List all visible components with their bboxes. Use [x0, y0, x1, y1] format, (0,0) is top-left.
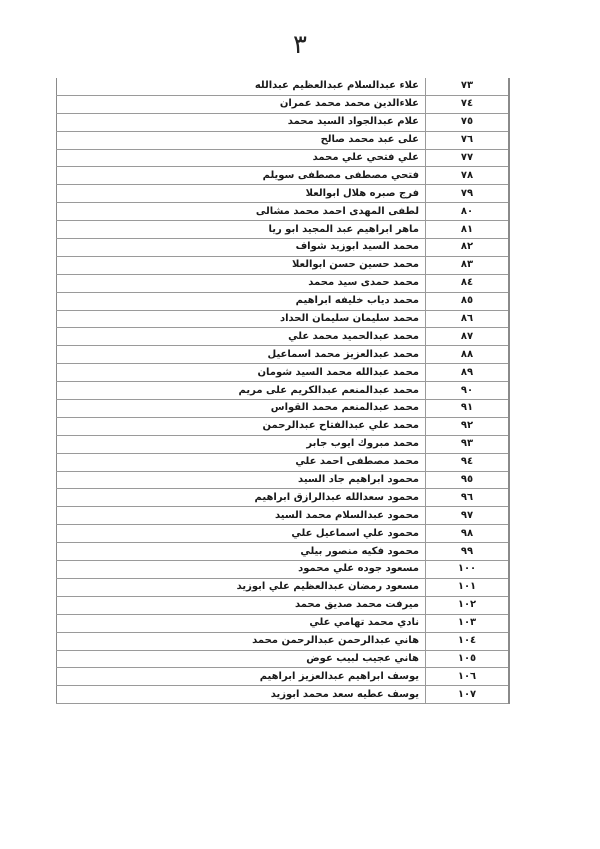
person-name-cell: هاني عبدالرحمن عبدالرحمن محمد — [57, 632, 426, 650]
table-row: محمد السيد ابوزيد شواف٨٢ — [57, 239, 510, 257]
table-row: ماهر ابراهيم عبد المجيد ابو ريا٨١ — [57, 221, 510, 239]
serial-number-cell: ٨٢ — [426, 239, 510, 257]
person-name-cell: محمد علي عبدالفتاح عبدالرحمن — [57, 417, 426, 435]
person-name-cell: محمد حمدى سيد محمد — [57, 274, 426, 292]
person-name-cell: محمد عبدالله محمد السيد شومان — [57, 364, 426, 382]
person-name-cell: محمد السيد ابوزيد شواف — [57, 239, 426, 257]
person-name-cell: علاءالدين محمد محمد عمران — [57, 95, 426, 113]
table-row: هاني عبدالرحمن عبدالرحمن محمد١٠٤ — [57, 632, 510, 650]
person-name-cell: ميرفت محمد صديق محمد — [57, 596, 426, 614]
serial-number-cell: ١٠٢ — [426, 596, 510, 614]
serial-number-cell: ٩٨ — [426, 525, 510, 543]
person-name-cell: فرج صبره هلال ابوالعلا — [57, 185, 426, 203]
serial-number-cell: ٨٠ — [426, 203, 510, 221]
serial-number-cell: ٨٧ — [426, 328, 510, 346]
serial-number-cell: ١٠١ — [426, 578, 510, 596]
person-name-cell: محمود سعدالله عبدالرازق ابراهيم — [57, 489, 426, 507]
table-row: علام عبدالجواد السيد محمد٧٥ — [57, 113, 510, 131]
serial-number-cell: ٨٣ — [426, 256, 510, 274]
serial-number-cell: ٩٢ — [426, 417, 510, 435]
serial-number-cell: ٧٧ — [426, 149, 510, 167]
person-name-cell: على عبد محمد صالح — [57, 131, 426, 149]
names-table: علاء عبدالسلام عبدالعظيم عبدالله٧٣علاءال… — [56, 78, 510, 704]
serial-number-cell: ٧٩ — [426, 185, 510, 203]
table-row: نادي محمد تهامي علي١٠٣ — [57, 614, 510, 632]
person-name-cell: ماهر ابراهيم عبد المجيد ابو ريا — [57, 221, 426, 239]
table-row: محمد مبروك ايوب جابر٩٣ — [57, 435, 510, 453]
person-name-cell: محمد مبروك ايوب جابر — [57, 435, 426, 453]
table-row: على عبد محمد صالح٧٦ — [57, 131, 510, 149]
serial-number-cell: ٨٤ — [426, 274, 510, 292]
table-row: هاني عجيب لبيب عوض١٠٥ — [57, 650, 510, 668]
serial-number-cell: ١٠٤ — [426, 632, 510, 650]
table-row: فرج صبره هلال ابوالعلا٧٩ — [57, 185, 510, 203]
table-row: مسعود جوده علي محمود١٠٠ — [57, 561, 510, 579]
table-row: محمود عبدالسلام محمد السيد٩٧ — [57, 507, 510, 525]
person-name-cell: محمود علي اسماعيل علي — [57, 525, 426, 543]
table-row: محمد عبدالحميد محمد علي٨٧ — [57, 328, 510, 346]
serial-number-cell: ٧٣ — [426, 78, 510, 95]
table-row: محمود ابراهيم جاد السيد٩٥ — [57, 471, 510, 489]
person-name-cell: محمد عبدالحميد محمد علي — [57, 328, 426, 346]
serial-number-cell: ٩٥ — [426, 471, 510, 489]
page-number: ٣ — [0, 30, 600, 60]
person-name-cell: لطفى المهدى احمد محمد مشالى — [57, 203, 426, 221]
serial-number-cell: ٩٠ — [426, 382, 510, 400]
serial-number-cell: ٩٧ — [426, 507, 510, 525]
table-row: محمود سعدالله عبدالرازق ابراهيم٩٦ — [57, 489, 510, 507]
serial-number-cell: ١٠٧ — [426, 686, 510, 704]
table-row: يوسف عطيه سعد محمد ابوزيد١٠٧ — [57, 686, 510, 704]
table-row: علي فتحي علي محمد٧٧ — [57, 149, 510, 167]
table-row: ميرفت محمد صديق محمد١٠٢ — [57, 596, 510, 614]
table-row: محمد علي عبدالفتاح عبدالرحمن٩٢ — [57, 417, 510, 435]
person-name-cell: محمد حسين حسن ابوالعلا — [57, 256, 426, 274]
person-name-cell: مسعود رمضان عبدالعظيم علي ابوزيد — [57, 578, 426, 596]
serial-number-cell: ١٠٦ — [426, 668, 510, 686]
person-name-cell: هاني عجيب لبيب عوض — [57, 650, 426, 668]
serial-number-cell: ٩٩ — [426, 543, 510, 561]
person-name-cell: نادي محمد تهامي علي — [57, 614, 426, 632]
serial-number-cell: ٧٤ — [426, 95, 510, 113]
person-name-cell: محمود فكيه منصور بيلي — [57, 543, 426, 561]
serial-number-cell: ٨٨ — [426, 346, 510, 364]
serial-number-cell: ١٠٣ — [426, 614, 510, 632]
table-row: فتحي مصطفى مصطفى سويلم٧٨ — [57, 167, 510, 185]
serial-number-cell: ٩٦ — [426, 489, 510, 507]
person-name-cell: علي فتحي علي محمد — [57, 149, 426, 167]
serial-number-cell: ١٠٥ — [426, 650, 510, 668]
person-name-cell: محمد سليمان سليمان الحداد — [57, 310, 426, 328]
person-name-cell: محمد دياب خليفه ابراهيم — [57, 292, 426, 310]
serial-number-cell: ٩٣ — [426, 435, 510, 453]
table-row: محمد مصطفى احمد علي٩٤ — [57, 453, 510, 471]
table-row: محمد عبدالعزيز محمد اسماعيل٨٨ — [57, 346, 510, 364]
serial-number-cell: ٧٥ — [426, 113, 510, 131]
table-row: يوسف ابراهيم عبدالعزيز ابراهيم١٠٦ — [57, 668, 510, 686]
person-name-cell: مسعود جوده علي محمود — [57, 561, 426, 579]
table-row: محمد عبدالله محمد السيد شومان٨٩ — [57, 364, 510, 382]
serial-number-cell: ٧٦ — [426, 131, 510, 149]
serial-number-cell: ١٠٠ — [426, 561, 510, 579]
table-row: محمود فكيه منصور بيلي٩٩ — [57, 543, 510, 561]
person-name-cell: محمد مصطفى احمد علي — [57, 453, 426, 471]
serial-number-cell: ٧٨ — [426, 167, 510, 185]
table-row: محمد عبدالمنعم عبدالكريم على مريم٩٠ — [57, 382, 510, 400]
person-name-cell: يوسف عطيه سعد محمد ابوزيد — [57, 686, 426, 704]
table-row: علاء عبدالسلام عبدالعظيم عبدالله٧٣ — [57, 78, 510, 95]
table-row: محمد حمدى سيد محمد٨٤ — [57, 274, 510, 292]
person-name-cell: فتحي مصطفى مصطفى سويلم — [57, 167, 426, 185]
table-row: محمود علي اسماعيل علي٩٨ — [57, 525, 510, 543]
serial-number-cell: ٩١ — [426, 400, 510, 418]
table-row: لطفى المهدى احمد محمد مشالى٨٠ — [57, 203, 510, 221]
serial-number-cell: ٨١ — [426, 221, 510, 239]
table-row: محمد عبدالمنعم محمد القواس٩١ — [57, 400, 510, 418]
person-name-cell: محمد عبدالمنعم عبدالكريم على مريم — [57, 382, 426, 400]
serial-number-cell: ٩٤ — [426, 453, 510, 471]
person-name-cell: علاء عبدالسلام عبدالعظيم عبدالله — [57, 78, 426, 95]
table-row: محمد دياب خليفه ابراهيم٨٥ — [57, 292, 510, 310]
table-row: مسعود رمضان عبدالعظيم علي ابوزيد١٠١ — [57, 578, 510, 596]
person-name-cell: يوسف ابراهيم عبدالعزيز ابراهيم — [57, 668, 426, 686]
person-name-cell: محمود عبدالسلام محمد السيد — [57, 507, 426, 525]
serial-number-cell: ٨٩ — [426, 364, 510, 382]
table-row: محمد سليمان سليمان الحداد٨٦ — [57, 310, 510, 328]
person-name-cell: محمد عبدالعزيز محمد اسماعيل — [57, 346, 426, 364]
serial-number-cell: ٨٥ — [426, 292, 510, 310]
names-table-body: علاء عبدالسلام عبدالعظيم عبدالله٧٣علاءال… — [57, 78, 510, 704]
person-name-cell: محمود ابراهيم جاد السيد — [57, 471, 426, 489]
table-row: علاءالدين محمد محمد عمران٧٤ — [57, 95, 510, 113]
person-name-cell: علام عبدالجواد السيد محمد — [57, 113, 426, 131]
person-name-cell: محمد عبدالمنعم محمد القواس — [57, 400, 426, 418]
table-row: محمد حسين حسن ابوالعلا٨٣ — [57, 256, 510, 274]
serial-number-cell: ٨٦ — [426, 310, 510, 328]
